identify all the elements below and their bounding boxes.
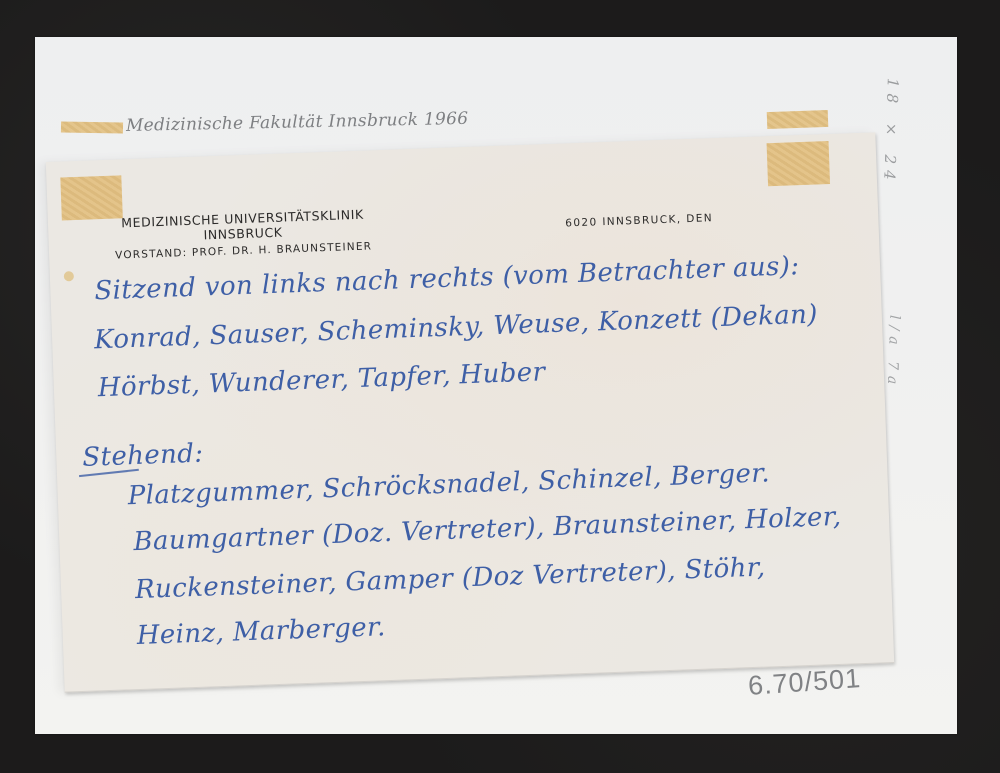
- standing-names-line: Baumgartner (Doz. Vertreter), Braunstein…: [133, 502, 842, 557]
- adhesive-tape-strip: [61, 121, 123, 133]
- adhesive-tape-strip: [767, 110, 829, 129]
- stain-spot: [64, 271, 74, 281]
- standing-names-line: Heinz, Marberger.: [136, 612, 386, 651]
- standing-names-line: Ruckensteiner, Gamper (Doz Vertreter), S…: [135, 553, 766, 606]
- pencil-side-note: l/a 7a: [884, 315, 903, 391]
- document-scan: Medizinische Fakultät Innsbruck 1966 18 …: [0, 0, 1000, 773]
- adhesive-tape-patch: [60, 175, 122, 220]
- pencil-dimensions-note: 18 × 24: [880, 78, 902, 186]
- adhesive-tape-patch: [767, 141, 830, 186]
- letterhead: MEDIZINISCHE UNIVERSITÄTSKLINIK INNSBRUC…: [114, 206, 373, 263]
- seated-names-line: Hörbst, Wunderer, Tapfer, Huber: [97, 357, 545, 403]
- standing-names-line: Platzgummer, Schröcksnadel, Schinzel, Be…: [127, 458, 770, 511]
- standing-heading: Stehend:: [82, 439, 204, 473]
- note-card: MEDIZINISCHE UNIVERSITÄTSKLINIK INNSBRUC…: [46, 132, 894, 692]
- letterhead-place-date: 6020 INNSBRUCK, DEN: [565, 212, 713, 229]
- seated-names-line: Konrad, Sauser, Scheminsky, Weuse, Konze…: [94, 300, 819, 356]
